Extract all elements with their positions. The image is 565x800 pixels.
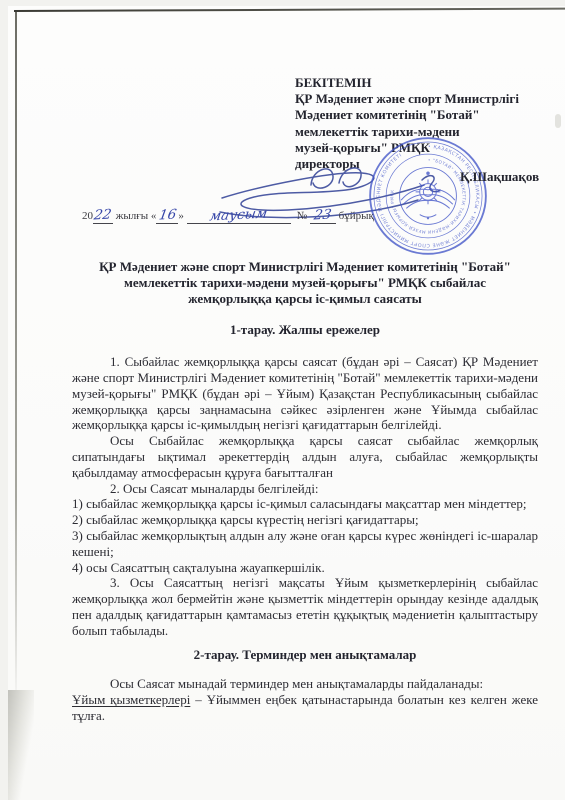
order-year-label: жылғы « — [113, 210, 156, 222]
chapter-2-heading: 2-тарау. Терминдер мен анықтамалар — [72, 647, 538, 663]
order-date-line: 2022 жылғы «16»маусым № 23 бұйрық — [82, 209, 374, 224]
list-item-1: 1) сыбайлас жемқорлыққа қарсы іс-қимыл с… — [72, 496, 538, 512]
document-body: ҚР Мәдениет және спорт Министрлігі Мәден… — [72, 259, 538, 724]
list-item-3: 3) сыбайлас жемқорлықтың алдын алу және … — [72, 528, 538, 560]
title-line: мемлекеттік тарихи-мәдени музей-қорығы" … — [72, 275, 538, 291]
stamp-emblem — [401, 172, 455, 220]
signer-name: Қ.Шақшақов — [460, 169, 539, 185]
scan-corner-shade — [8, 690, 34, 800]
order-doc-type: бұйрық — [336, 210, 374, 222]
handwritten-number: 23 — [313, 209, 332, 223]
official-stamp: • ҚАЗАҚСТАН РЕСПУБЛИКАСЫ • МӘДЕНИЕТ ЖӘНЕ… — [366, 134, 490, 258]
month-blank: маусым — [187, 209, 291, 224]
scan-smudge — [555, 114, 561, 128]
year-blank: 22 — [93, 209, 113, 224]
paragraph-4: 3. Осы Саясаттың негізгі мақсаты Ұйым қы… — [72, 575, 538, 638]
document-title: ҚР Мәдениет және спорт Министрлігі Мәден… — [72, 259, 538, 306]
title-line: ҚР Мәдениет және спорт Министрлігі Мәден… — [72, 259, 538, 275]
scan-edge-top — [14, 8, 565, 12]
document-page: БЕКІТЕМІН ҚР Мәдениет және спорт Министр… — [8, 6, 565, 800]
chapter-1-heading: 1-тарау. Жалпы ережелер — [72, 322, 538, 338]
scan-edge-left — [15, 12, 17, 710]
order-number-label: № — [294, 210, 310, 222]
day-blank: 16 — [156, 209, 178, 224]
defined-term: Ұйым қызметкерлері — [72, 692, 190, 707]
paragraph-2: Осы Сыбайлас жемқорлыққа қарсы саясат сы… — [72, 433, 538, 480]
list-item-4: 4) осы Саясаттың сақталуына жауапкершілі… — [72, 560, 538, 576]
handwritten-day: 16 — [158, 209, 177, 223]
handwritten-month: маусым — [209, 208, 268, 224]
paragraph-5: Осы Саясат мынадай терминдер мен анықтам… — [72, 676, 538, 692]
handwritten-year: 22 — [93, 209, 112, 223]
title-line: жемқорлыққа қарсы іс-қимыл саясаты — [72, 291, 538, 307]
approval-line: ҚР Мәдениет және спорт Министрлігі — [295, 91, 547, 107]
paragraph-6: Ұйым қызметкерлері – Ұйыммен еңбек қатын… — [72, 692, 538, 724]
approval-line: Мәдениет комитетінің "Ботай" — [295, 107, 547, 123]
paragraph-3: 2. Осы Саясат мыналарды белгілейді: — [72, 481, 538, 497]
number-blank: 23 — [310, 209, 336, 224]
order-century: 20 — [82, 210, 93, 222]
paragraph-1: 1. Сыбайлас жемқорлыққа қарсы саясат (бұ… — [72, 354, 538, 433]
order-day-close: » — [178, 210, 184, 222]
list-item-2: 2) сыбайлас жемқорлыққа қарсы күрестің н… — [72, 512, 538, 528]
approval-label: БЕКІТЕМІН — [295, 75, 547, 91]
